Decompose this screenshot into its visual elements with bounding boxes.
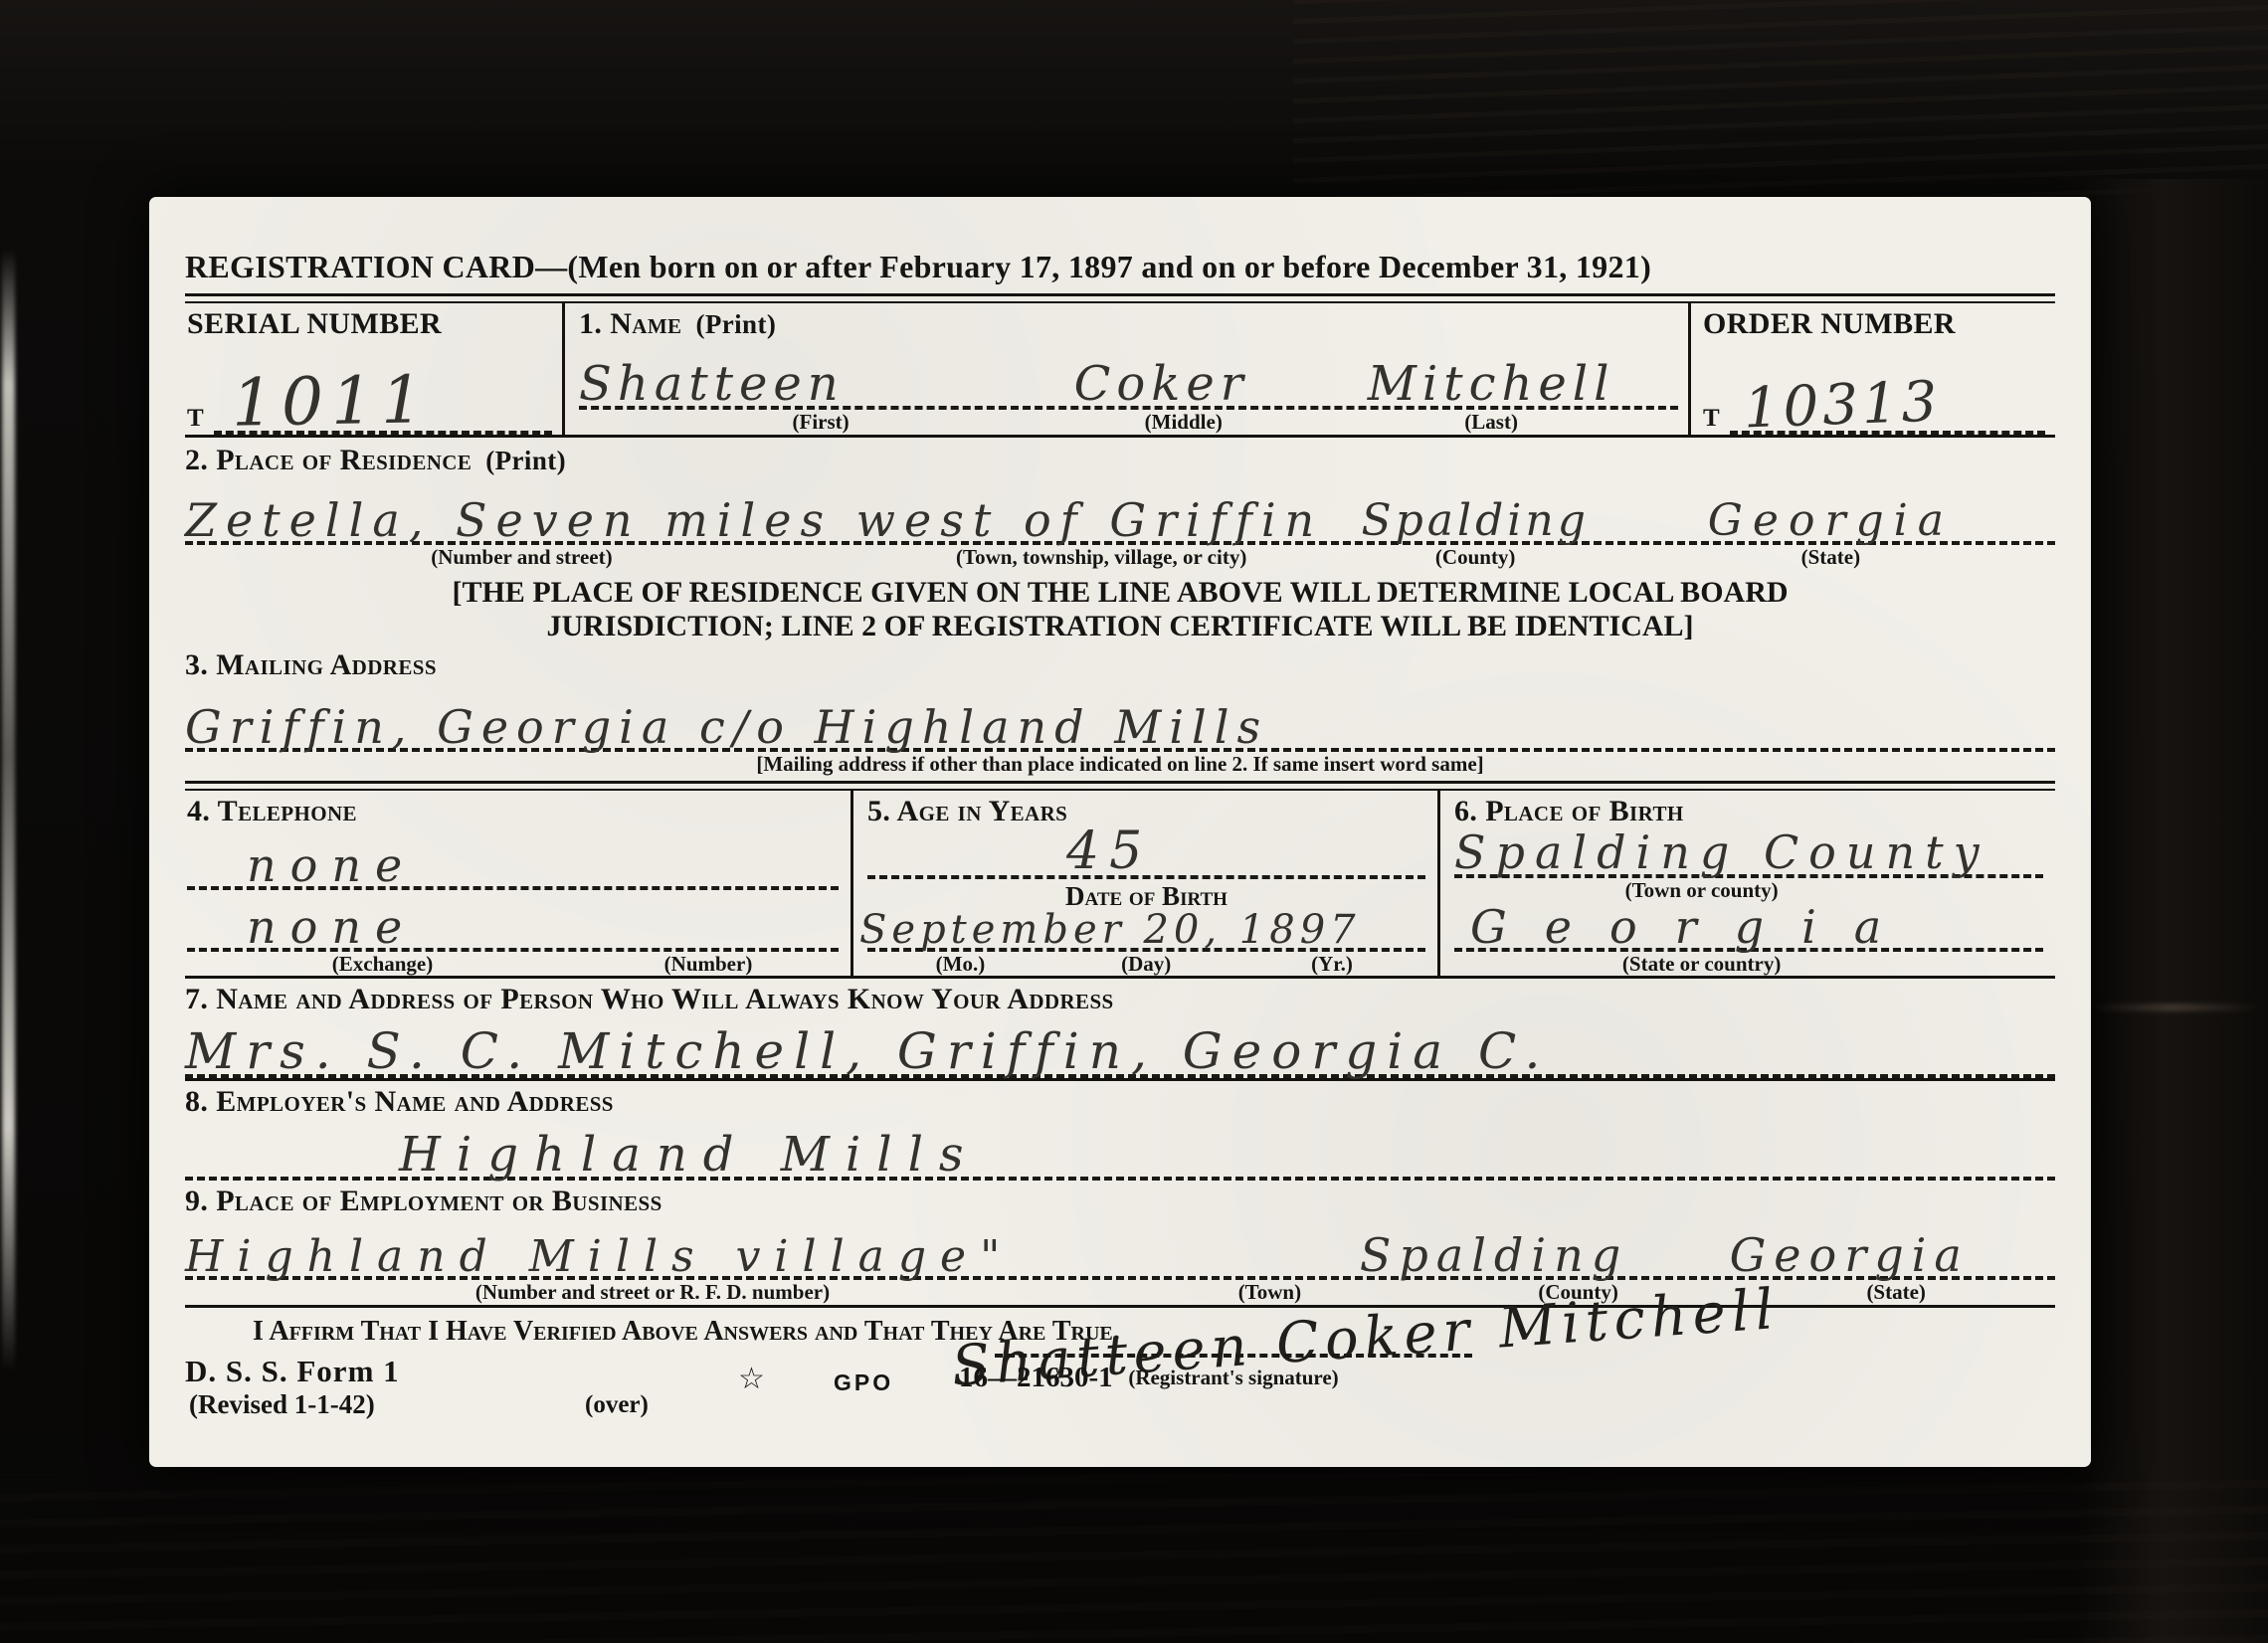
- employer-value: Highland Mills: [399, 1134, 980, 1177]
- employer-line: Highland Mills: [185, 1119, 2055, 1181]
- jurisdiction-notice-line1: [THE PLACE OF RESIDENCE GIVEN ON THE LIN…: [185, 576, 2055, 610]
- employment-county-value: Spalding: [1345, 1235, 1644, 1276]
- birth-town-value: Spalding County: [1454, 832, 1989, 873]
- signature-line: [995, 1354, 1472, 1358]
- order-number-section: ORDER NUMBER T 10313: [1691, 303, 2055, 435]
- gpo-label: GPO: [834, 1369, 893, 1396]
- wood-grain-streak: [2079, 179, 2268, 1643]
- telephone-number-line: none: [187, 890, 839, 952]
- serial-name-order-row: SERIAL NUMBER T 1011 1. Name (Print) Sha…: [185, 303, 2055, 435]
- employer-section: 8. Employer's Name and Address Highland …: [185, 1081, 2055, 1181]
- name-line: Shatteen Coker Mitchell: [579, 335, 1678, 410]
- dob-sub-month: (Mo.): [867, 952, 1053, 977]
- name-middle-value: Coker: [1019, 363, 1304, 406]
- wood-grain-streak: [1293, 0, 2268, 209]
- employment-label: 9. Place of Employment or Business: [185, 1185, 2055, 1218]
- dob-sub-day: (Day): [1053, 952, 1239, 977]
- order-number-label: ORDER NUMBER: [1703, 307, 2045, 341]
- date-of-birth-line: September 20, 1897: [867, 912, 1425, 952]
- birth-town-line: Spalding County: [1454, 828, 2043, 877]
- name-section: 1. Name (Print) Shatteen Coker Mitchell …: [562, 303, 1691, 435]
- mailing-value: Griffin, Georgia c/o Highland Mills: [185, 707, 1268, 748]
- employment-sub-street: (Number and street or R. F. D. number): [185, 1280, 1120, 1305]
- star-icon: ☆: [738, 1362, 765, 1396]
- card-title: REGISTRATION CARD—(Men born on or after …: [185, 249, 2055, 285]
- contact-line: Mrs. S. C. Mitchell, Griffin, Georgia C.: [185, 1016, 2055, 1078]
- telephone-exchange-value: none: [247, 845, 416, 886]
- serial-number-section: SERIAL NUMBER T 1011: [185, 303, 562, 435]
- birth-sub-town: (Town or county): [1454, 878, 1949, 903]
- birth-sub-state: (State or country): [1454, 952, 1949, 977]
- age-section: 5. Age in Years 45 Date of Birth Septemb…: [850, 791, 1437, 977]
- residence-street-value: Zetella, Seven miles west of Griffin: [185, 500, 1345, 541]
- jurisdiction-notice: [THE PLACE OF RESIDENCE GIVEN ON THE LIN…: [185, 576, 2055, 642]
- date-of-birth-value: September 20, 1897: [859, 912, 1361, 948]
- telephone-section: 4. Telephone none none (Exchange) (Numbe…: [185, 791, 850, 977]
- employment-street-value: Highland Mills village": [185, 1237, 1345, 1277]
- name-first-value: Shatteen: [579, 363, 1019, 406]
- double-rule: [185, 293, 2055, 303]
- name-last-value: Mitchell: [1304, 363, 1678, 406]
- mailing-label: 3. Mailing Address: [185, 648, 2055, 682]
- age-value: 45: [1066, 828, 1152, 875]
- photo-background: REGISTRATION CARD—(Men born on or after …: [0, 0, 2268, 1643]
- order-number-line: T 10313: [1703, 341, 2045, 435]
- employment-sub-state: (State): [1737, 1280, 2055, 1305]
- over-label: (over): [585, 1391, 649, 1419]
- name-sub-middle: (Middle): [1062, 410, 1304, 435]
- serial-prefix: T: [187, 405, 204, 435]
- telephone-sub-exchange: (Exchange): [187, 952, 578, 977]
- phone-age-birth-row: 4. Telephone none none (Exchange) (Numbe…: [185, 791, 2055, 976]
- form-revision: (Revised 1-1-42): [189, 1389, 375, 1420]
- wood-grain-streak: [0, 1474, 2268, 1643]
- residence-section: 2. Place of Residence (Print) Zetella, S…: [185, 438, 2055, 642]
- residence-state-value: Georgia: [1606, 501, 2055, 541]
- place-of-birth-section: 6. Place of Birth Spalding County (Town …: [1437, 791, 2055, 977]
- mailing-line: Griffin, Georgia c/o Highland Mills: [185, 684, 2055, 752]
- order-prefix: T: [1703, 405, 1720, 435]
- residence-label: 2. Place of Residence: [185, 444, 472, 477]
- residence-sub-state: (State): [1606, 545, 2055, 570]
- serial-number-line: T 1011: [187, 341, 552, 435]
- place-of-birth-label: 6. Place of Birth: [1454, 795, 2043, 828]
- residence-line: Zetella, Seven miles west of Griffin Spa…: [185, 479, 2055, 545]
- gpo-print-code: 16—21630-1: [959, 1362, 1113, 1394]
- telephone-sub-number: (Number): [578, 952, 839, 977]
- order-number-value: 10313: [1743, 377, 1942, 434]
- serial-number-value: 1011: [231, 370, 431, 433]
- residence-county-value: Spalding: [1345, 501, 1606, 541]
- contact-label: 7. Name and Address of Person Who Will A…: [185, 983, 2055, 1016]
- form-number: D. S. S. Form 1: [185, 1354, 400, 1389]
- telephone-exchange-line: none: [187, 828, 839, 890]
- double-rule: [185, 781, 2055, 791]
- film-edge-light: [2, 249, 15, 1372]
- wood-grain-streak: [2089, 1004, 2258, 1010]
- mailing-section: 3. Mailing Address Griffin, Georgia c/o …: [185, 642, 2055, 777]
- residence-print-label: (Print): [485, 446, 566, 476]
- mailing-sub-label: [Mailing address if other than place ind…: [279, 752, 1962, 777]
- birth-state-line: Georgia: [1454, 903, 2043, 952]
- employer-label: 8. Employer's Name and Address: [185, 1085, 2055, 1119]
- dob-sub-year: (Yr.): [1239, 952, 1425, 977]
- registration-card: REGISTRATION CARD—(Men born on or after …: [149, 197, 2091, 1467]
- residence-sub-town: (Town, township, village, or city): [858, 545, 1345, 570]
- employment-state-value: Georgia: [1643, 1235, 2055, 1276]
- serial-number-label: SERIAL NUMBER: [187, 307, 552, 341]
- residence-sub-street: (Number and street): [185, 545, 858, 570]
- affirmation-footer-row: I Affirm That I Have Verified Above Answ…: [185, 1308, 2055, 1467]
- name-sub-last: (Last): [1304, 410, 1678, 435]
- telephone-number-value: none: [247, 907, 416, 948]
- telephone-label: 4. Telephone: [187, 795, 839, 828]
- employment-sub-town: (Town): [1120, 1280, 1419, 1305]
- contact-section: 7. Name and Address of Person Who Will A…: [185, 979, 2055, 1078]
- name-sub-first: (First): [579, 410, 1062, 435]
- residence-sub-county: (County): [1345, 545, 1606, 570]
- jurisdiction-notice-line2: JURISDICTION; LINE 2 OF REGISTRATION CER…: [185, 610, 2055, 643]
- employment-line: Highland Mills village" Spalding Georgia: [185, 1218, 2055, 1280]
- contact-value: Mrs. S. C. Mitchell, Griffin, Georgia C.: [185, 1029, 1550, 1074]
- birth-state-value: Georgia: [1470, 907, 1919, 948]
- age-line: 45: [867, 828, 1425, 879]
